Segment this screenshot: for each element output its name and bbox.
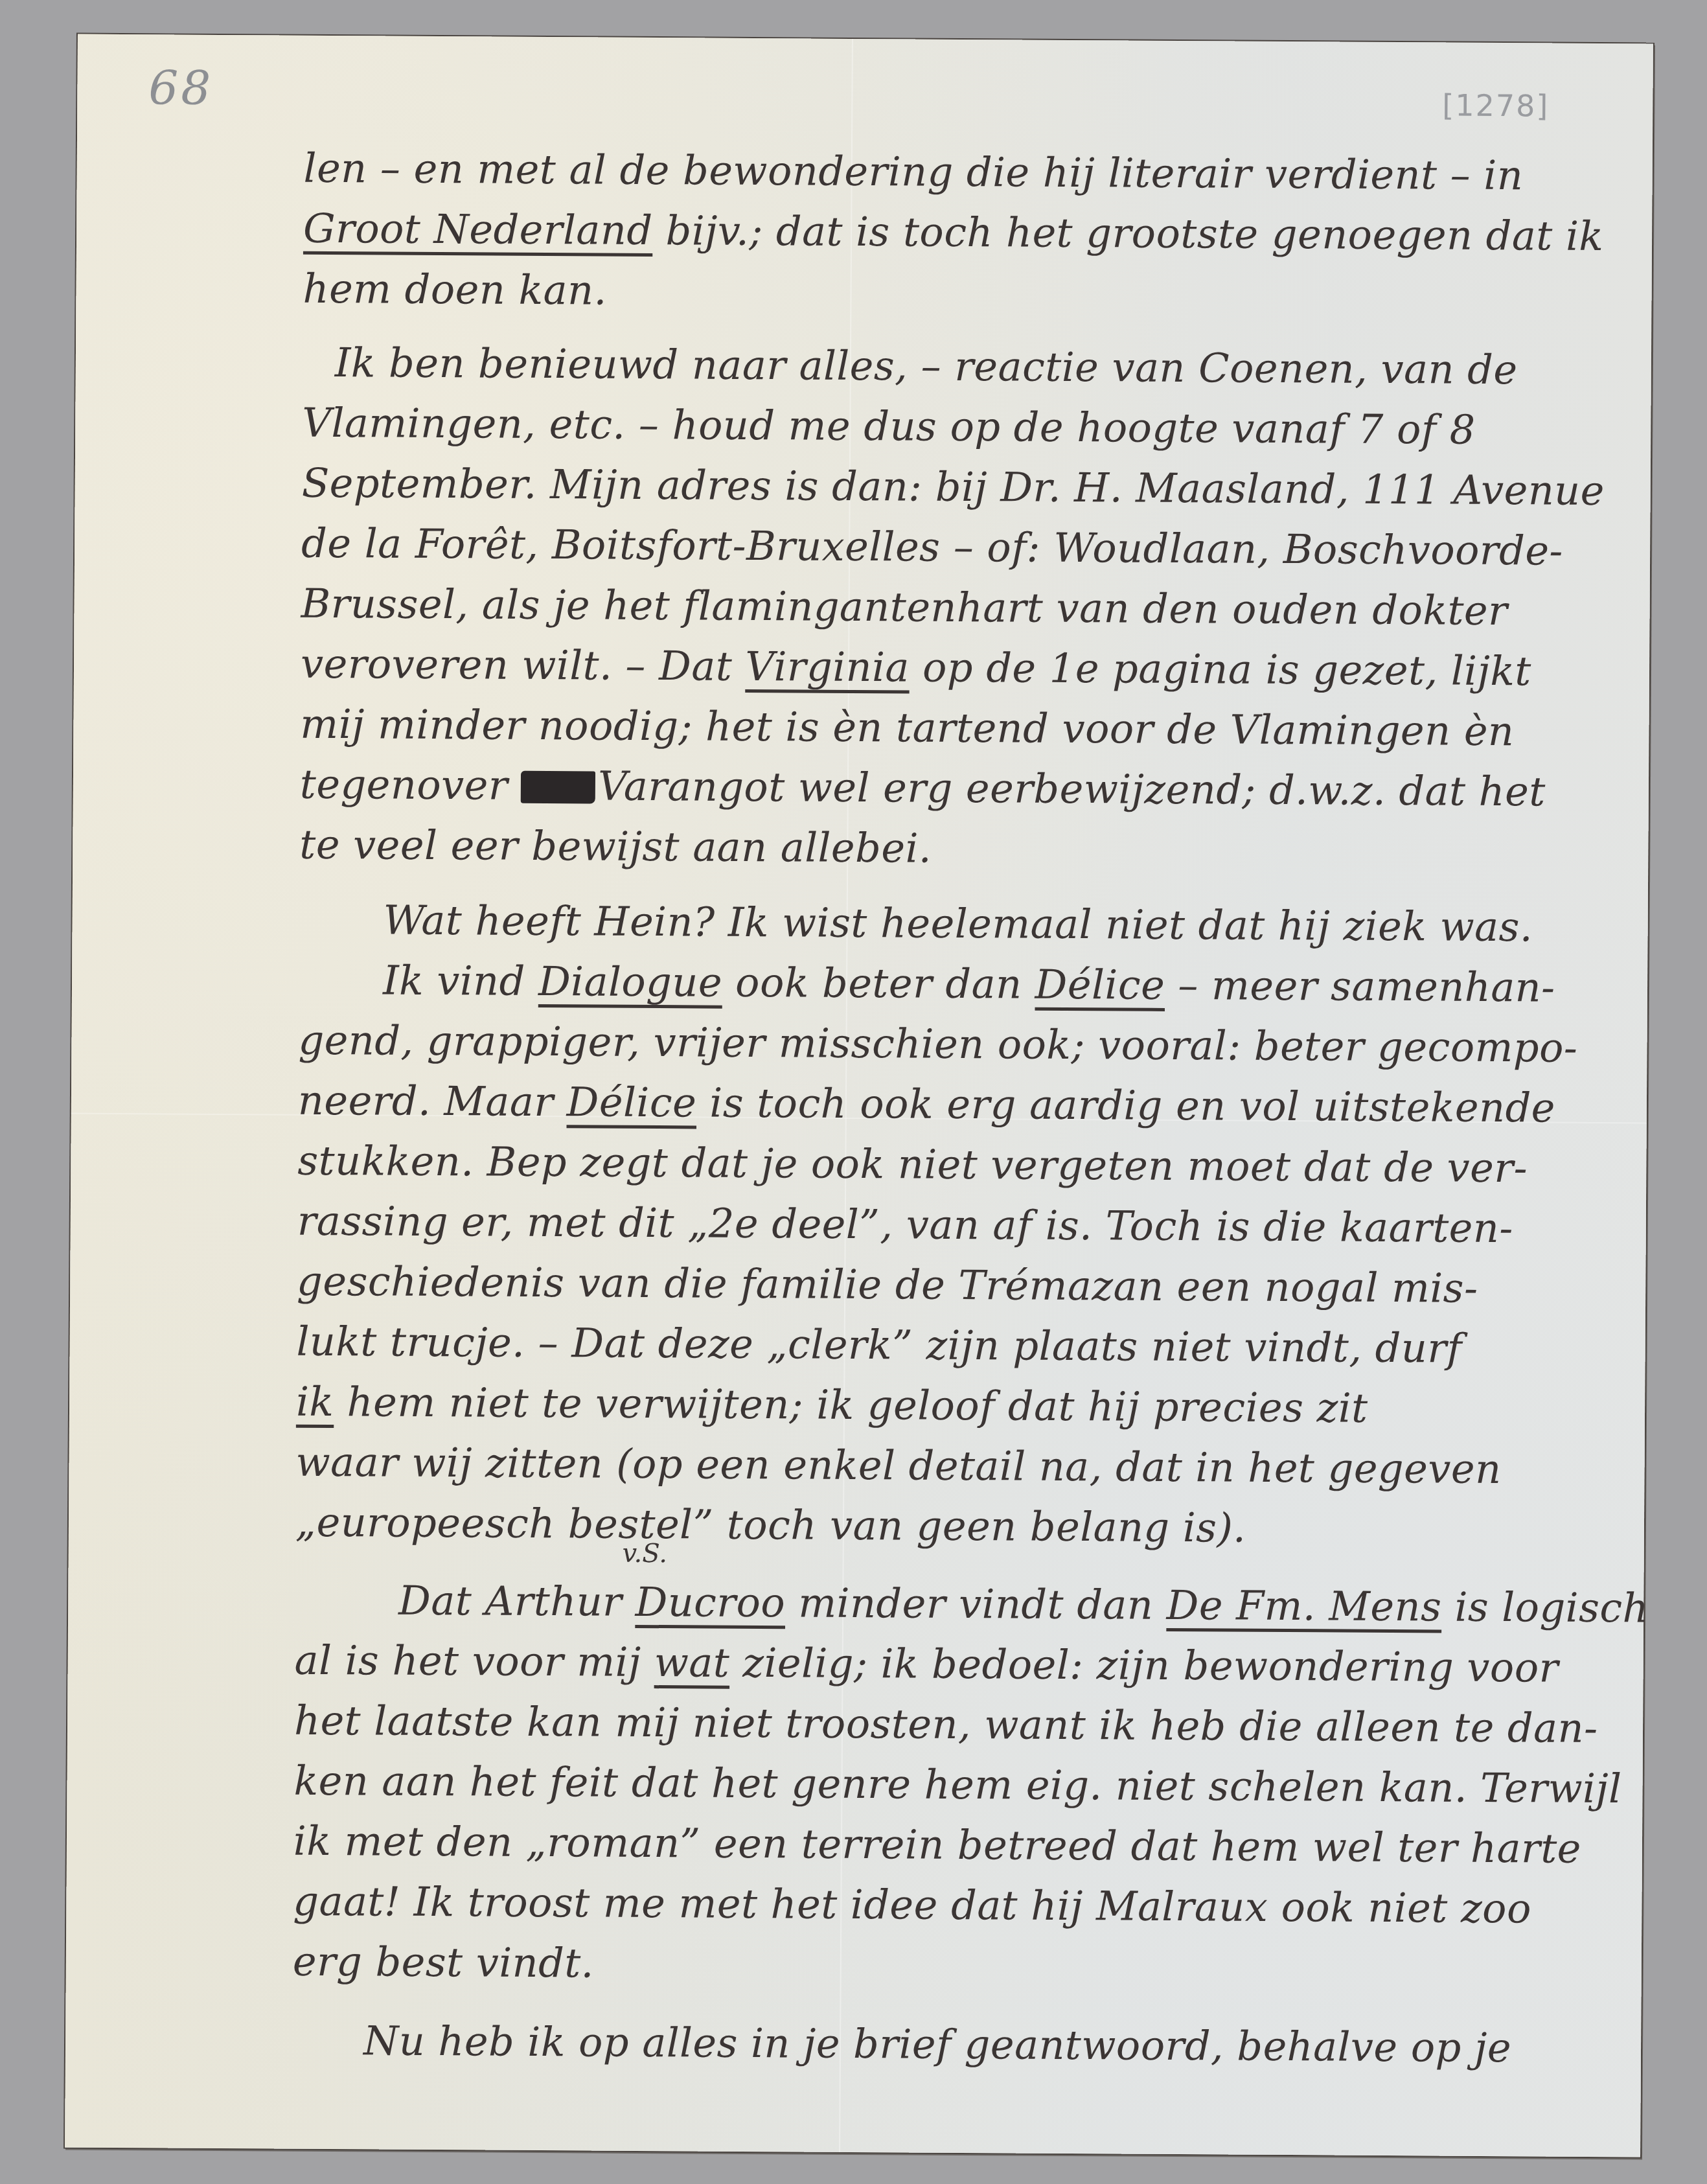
- line-text: Varangot wel erg eerbewijzend; d.w.z. da…: [598, 763, 1546, 816]
- line-text: Brussel, als je het flamingantenhart van…: [301, 580, 1507, 634]
- text-line: lukt trucje. – Dat deze „clerk” zijn pla…: [296, 1313, 1462, 1378]
- interlinear-insertion: v.S.: [623, 1541, 668, 1567]
- letter-body: len – en met al de bewondering die hij l…: [304, 139, 1632, 148]
- line-text: Ik ben benieuwd naar alles, – reactie va…: [335, 339, 1518, 393]
- scan-background: 68 [1278] len – en met al de bewondering…: [0, 0, 1707, 2184]
- line-text: op de 1e pagina is gezet, lijkt: [910, 643, 1531, 695]
- line-text: geschiedenis van die familie de Trémazan…: [297, 1258, 1478, 1312]
- text-line: September. Mijn adres is dan: bij Dr. H.…: [301, 454, 1605, 520]
- archive-catalog-number: [1278]: [1442, 87, 1549, 123]
- line-text: September. Mijn adres is dan: bij Dr. H.…: [302, 459, 1605, 514]
- line-text: te veel eer bewijst aan allebei.: [299, 821, 932, 872]
- archive-page-number: 68: [148, 60, 213, 115]
- underlined-word: wat: [654, 1638, 730, 1686]
- text-line: rassing er, met dit „2e deel”, van af is…: [297, 1192, 1513, 1258]
- letter-page: 68 [1278] len – en met al de bewondering…: [65, 34, 1653, 2157]
- text-line: Nu heb ik op alles in je brief geantwoor…: [363, 2012, 1512, 2077]
- underlined-name: Ducroo: [635, 1578, 785, 1626]
- text-line: ik hem niet te verwijten; ik geloof dat …: [296, 1373, 1368, 1438]
- line-text: gaat! Ik troost me met het idee dat hij …: [293, 1878, 1531, 1933]
- text-line: ken aan het feit dat het genre hem eig. …: [293, 1752, 1622, 1819]
- line-text: veroveren wilt. – Dat: [301, 640, 746, 690]
- text-line: Ik ben benieuwd naar alles, – reactie va…: [335, 334, 1518, 399]
- text-line: len – en met al de bewondering die hij l…: [303, 139, 1523, 205]
- text-line: erg best vindt.: [293, 1933, 595, 1993]
- line-text: Ik vind: [383, 957, 538, 1005]
- text-line: het laatste kan mij niet troosten, want …: [294, 1692, 1598, 1758]
- line-text: len – en met al de bewondering die hij l…: [304, 144, 1524, 199]
- text-line: Dat Arthur Ducroo minder vindt dan De Fm…: [398, 1572, 1649, 1638]
- text-line: Brussel, als je het flamingantenhart van…: [301, 575, 1507, 640]
- line-text: – meer samenhan-: [1165, 961, 1555, 1011]
- text-line: al is het voor mij wat zielig; ik bedoel…: [294, 1631, 1559, 1697]
- underlined-title: Groot Nederland: [303, 205, 653, 254]
- text-line: Wat heeft Hein? Ik wist heelemaal niet d…: [383, 891, 1533, 957]
- line-text: minder vindt dan: [785, 1579, 1167, 1629]
- line-text: Dat Arthur: [398, 1577, 636, 1626]
- text-line: mij minder noodig; het is èn tartend voo…: [300, 695, 1514, 761]
- line-text: waar wij zitten (op een enkel detail na,…: [295, 1438, 1501, 1493]
- line-text: het laatste kan mij niet troosten, want …: [294, 1697, 1598, 1752]
- line-text: Wat heeft Hein? Ik wist heelemaal niet d…: [383, 897, 1533, 951]
- text-line: waar wij zitten (op een enkel detail na,…: [295, 1433, 1502, 1499]
- line-text: de la Forêt, Boitsfort-Bruxelles – of: W…: [301, 520, 1563, 575]
- text-line: tegenover Varangot wel erg eerbewijzend;…: [300, 755, 1546, 822]
- line-text: lukt trucje. – Dat deze „clerk” zijn pla…: [296, 1318, 1462, 1372]
- line-text: hem niet te verwijten; ik geloof dat hij…: [334, 1378, 1368, 1432]
- line-text: al is het voor mij: [294, 1637, 654, 1686]
- line-text: stukken. Bep zegt dat je ook niet verget…: [297, 1137, 1528, 1192]
- text-line: veroveren wilt. – Dat Virginia op de 1e …: [301, 635, 1531, 701]
- line-text: Vlamingen, etc. – houd me dus op de hoog…: [302, 399, 1476, 454]
- underlined-title: Délice: [567, 1078, 697, 1126]
- text-line: stukken. Bep zegt dat je ook niet verget…: [297, 1132, 1528, 1198]
- text-line: de la Forêt, Boitsfort-Bruxelles – of: W…: [301, 514, 1563, 580]
- line-text: erg best vindt.: [293, 1938, 595, 1987]
- line-text: hem doen kan.: [303, 265, 607, 314]
- line-text: rassing er, met dit „2e deel”, van af is…: [297, 1197, 1513, 1252]
- line-text: „europeesch bestel” toch van geen belang…: [295, 1499, 1246, 1552]
- line-text: ken aan het feit dat het genre hem eig. …: [293, 1757, 1621, 1813]
- line-text: ik met den „roman” een terrein betreed d…: [293, 1817, 1581, 1872]
- line-text: neerd. Maar: [298, 1077, 567, 1126]
- line-text: is toch ook erg aardig en vol uitstekend…: [696, 1079, 1555, 1131]
- text-line: geschiedenis van die familie de Trémazan…: [297, 1252, 1478, 1318]
- text-line: gend, grappiger, vrijer misschien ook; v…: [298, 1011, 1577, 1077]
- line-text: tegenover: [300, 761, 521, 809]
- line-text: is logisch: [1441, 1583, 1649, 1632]
- text-line: te veel eer bewijst aan allebei.: [299, 816, 932, 878]
- text-line: gaat! Ik troost me met het idee dat hij …: [293, 1872, 1531, 1938]
- text-line: „europeesch bestel” toch van geen belang…: [295, 1493, 1246, 1558]
- line-text: ook beter dan: [722, 959, 1035, 1008]
- line-text: bijv.; dat is toch het grootste genoegen…: [652, 207, 1603, 260]
- underlined-word: ik: [296, 1378, 334, 1425]
- text-line: Groot Nederland bijv.; dat is toch het g…: [303, 200, 1604, 266]
- underlined-title: De Fm. Mens: [1166, 1581, 1441, 1631]
- line-text: gend, grappiger, vrijer misschien ook; v…: [298, 1017, 1577, 1072]
- line-text: zielig; ik bedoel: zijn bewondering voor: [729, 1639, 1559, 1692]
- underlined-title: Dialogue: [538, 958, 722, 1006]
- text-line: Vlamingen, etc. – houd me dus op de hoog…: [302, 394, 1476, 459]
- line-text: Nu heb ik op alles in je brief geantwoor…: [363, 2017, 1511, 2071]
- text-line: hem doen kan.: [303, 260, 607, 320]
- line-text: mij minder noodig; het is èn tartend voo…: [300, 700, 1514, 755]
- text-line: ik met den „roman” een terrein betreed d…: [293, 1812, 1581, 1878]
- ink-scribble-redaction: [521, 771, 595, 804]
- underlined-title: Virginia: [745, 643, 910, 691]
- text-line: Ik vind Dialogue ook beter dan Délice – …: [383, 952, 1555, 1017]
- text-line: neerd. Maar Délice is toch ook erg aardi…: [298, 1072, 1556, 1138]
- underlined-title: Délice: [1035, 961, 1165, 1009]
